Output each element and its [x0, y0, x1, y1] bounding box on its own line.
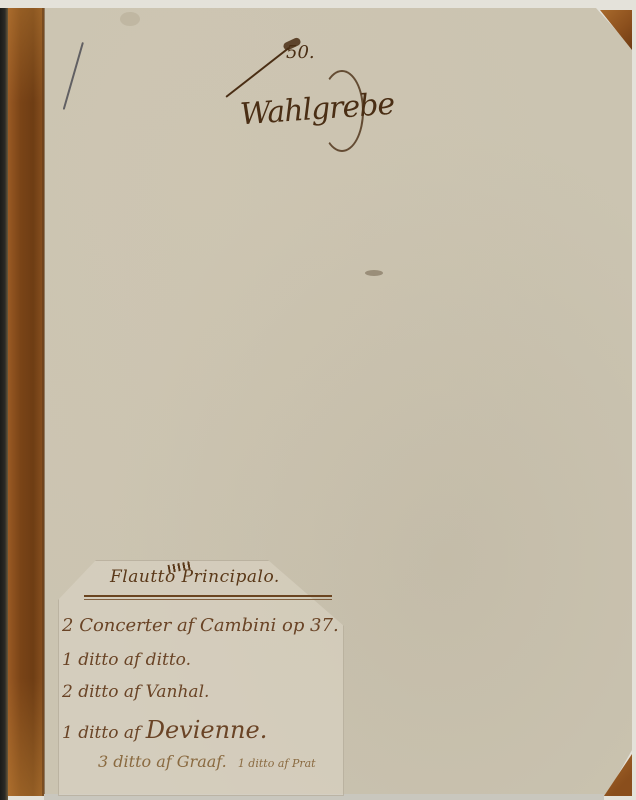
entry-count: 2 [62, 682, 73, 702]
spine-edge [42, 8, 45, 796]
leather-spine [8, 8, 44, 796]
shelf-number: 50. [286, 42, 315, 63]
scan-shadow-edge [0, 8, 8, 800]
entry-composer: Devienne. [146, 716, 268, 744]
entry-count: 1 [62, 650, 73, 670]
entry-text: Concerter af Cambini op 37. [79, 615, 339, 636]
label-entry: 2 ditto af Vanhal. [62, 682, 209, 702]
entry-count: 1 [62, 723, 73, 743]
label-entry: 3 ditto af Graaf. 1 ditto af Prat [98, 752, 316, 771]
label-entry: 2 Concerter af Cambini op 37. [62, 615, 339, 636]
entry-text: ditto af Graaf. [113, 752, 226, 771]
title-underline-double [84, 599, 332, 600]
title-underline [84, 595, 332, 597]
entry-text: ditto af [78, 723, 140, 743]
entry-count: 2 [62, 615, 73, 636]
label-entry: 1 ditto af Devienne. [62, 716, 267, 744]
label-title: Flautto Principalo. [110, 567, 280, 587]
entry-text: ditto af Vanhal. [78, 682, 209, 702]
paper-stain [120, 12, 140, 26]
label-entry: 1 ditto af ditto. [62, 650, 191, 670]
entry-text: ditto af ditto. [78, 650, 191, 670]
entry-addendum: 1 ditto af Prat [238, 757, 316, 770]
ink-stain [365, 270, 383, 276]
entry-count: 3 [98, 752, 108, 771]
